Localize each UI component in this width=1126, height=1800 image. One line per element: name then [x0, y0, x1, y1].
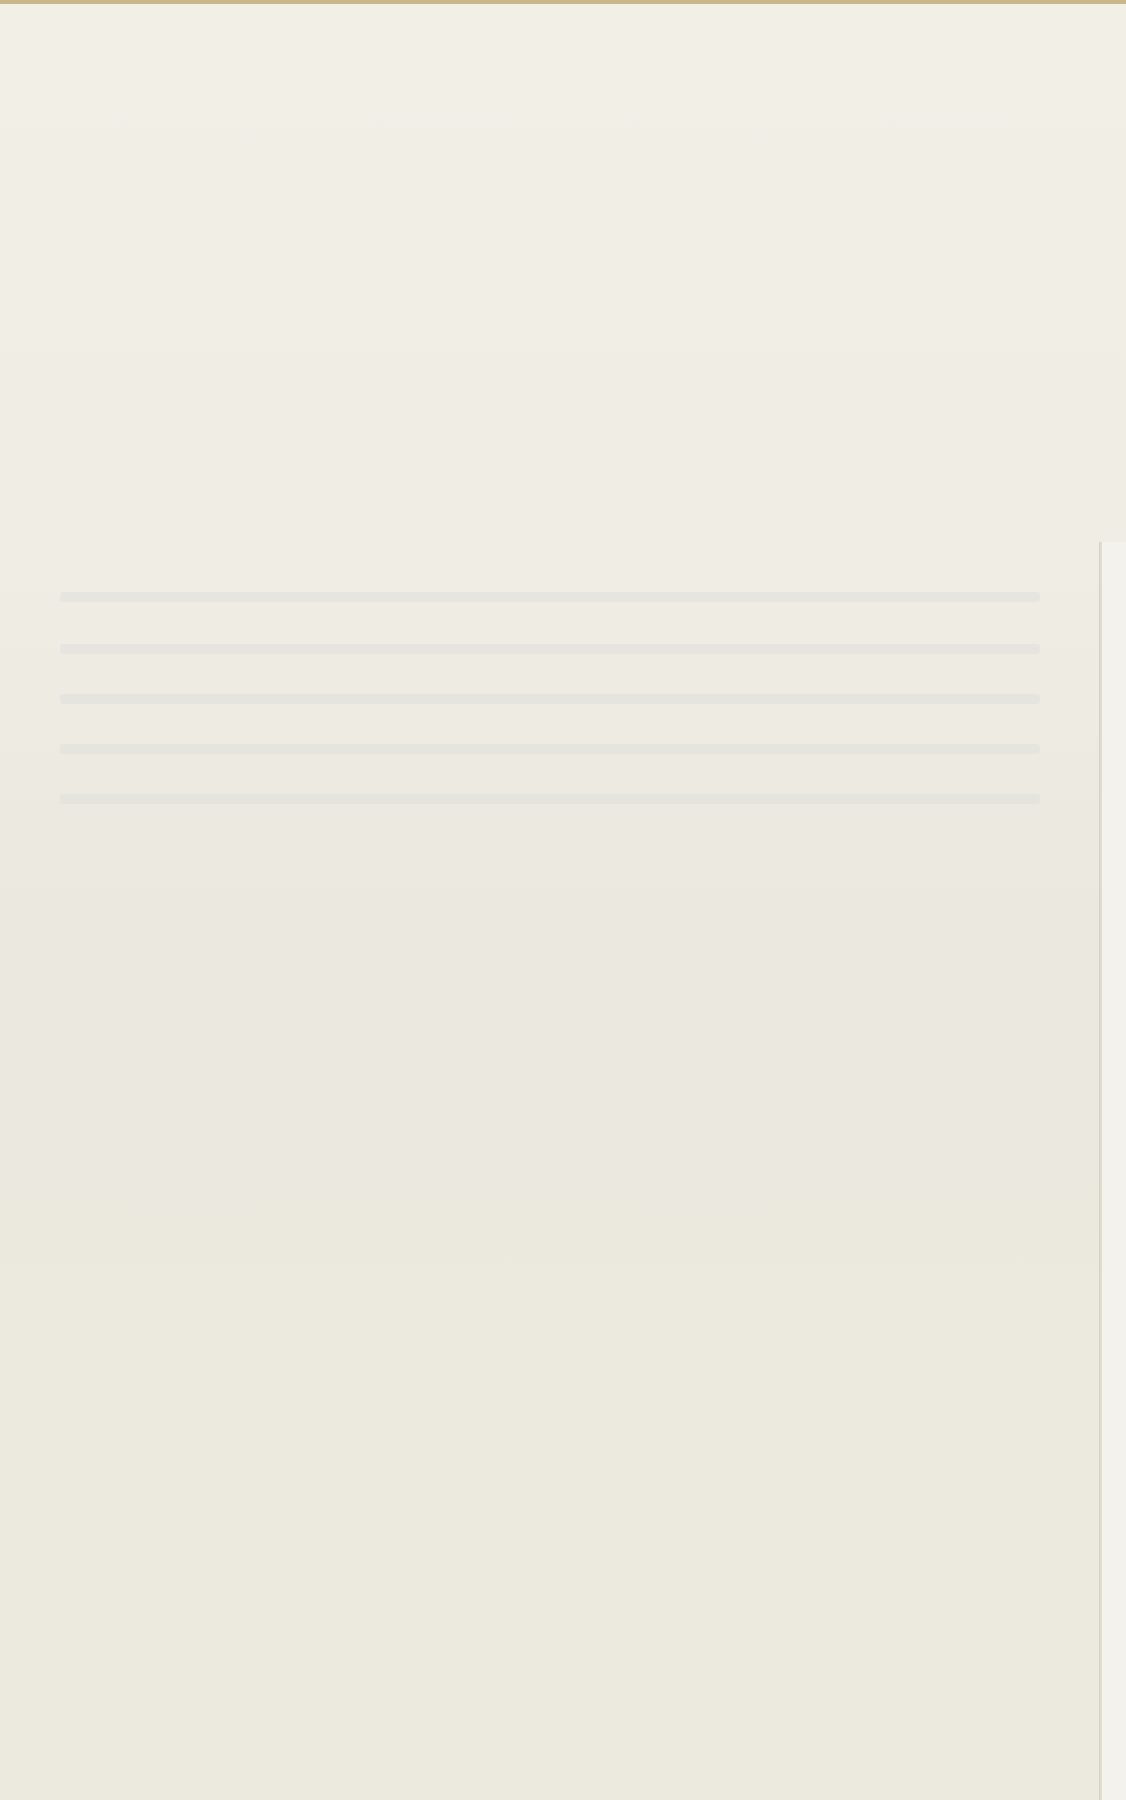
typed-letter-right-edge: [1100, 542, 1126, 1800]
show-through-text: [60, 592, 1040, 602]
show-through-text: [60, 644, 1040, 654]
show-through-text: [60, 794, 1040, 804]
show-through-text: [60, 694, 1040, 704]
handwritten-letter-sheet: [0, 542, 1100, 1800]
paper-edge: [0, 0, 1126, 4]
show-through-text: [60, 744, 1040, 754]
